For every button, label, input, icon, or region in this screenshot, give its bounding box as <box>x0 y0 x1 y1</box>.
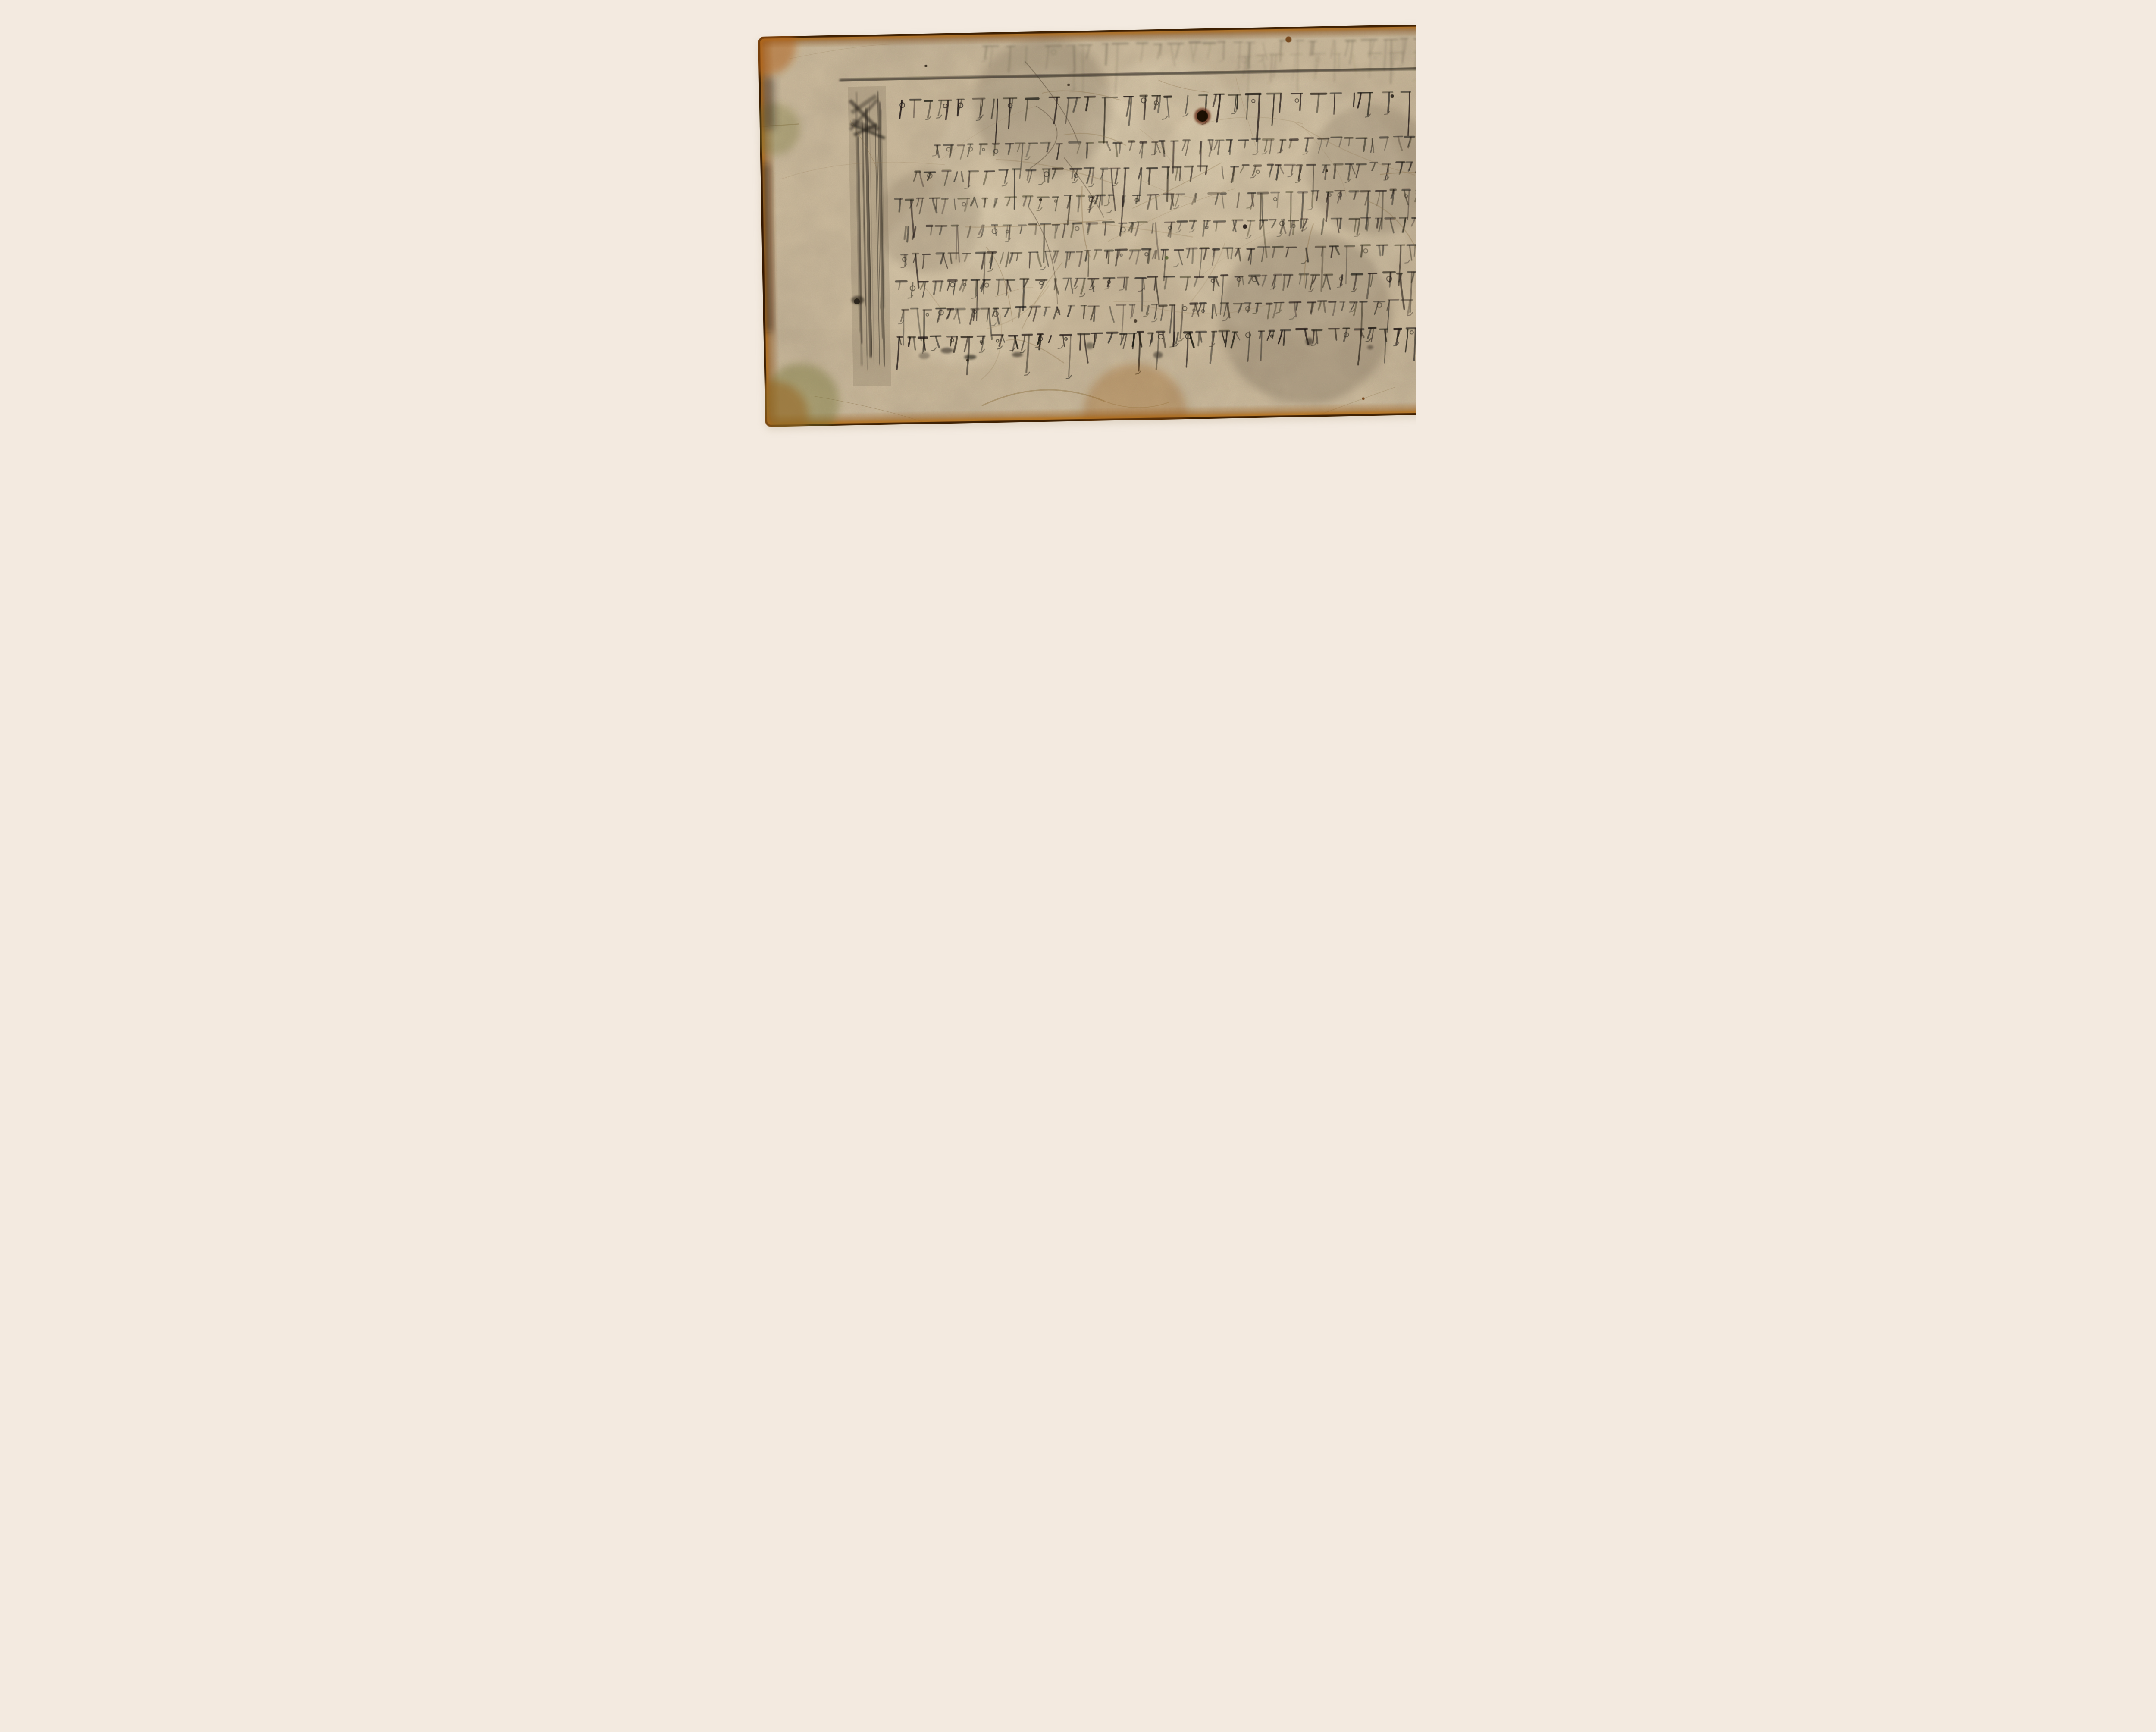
left-margin-column <box>847 86 891 387</box>
manuscript-leaf <box>740 1 1416 452</box>
manuscript-photo <box>740 0 1416 452</box>
manuscript-photo-svg <box>740 0 1416 452</box>
